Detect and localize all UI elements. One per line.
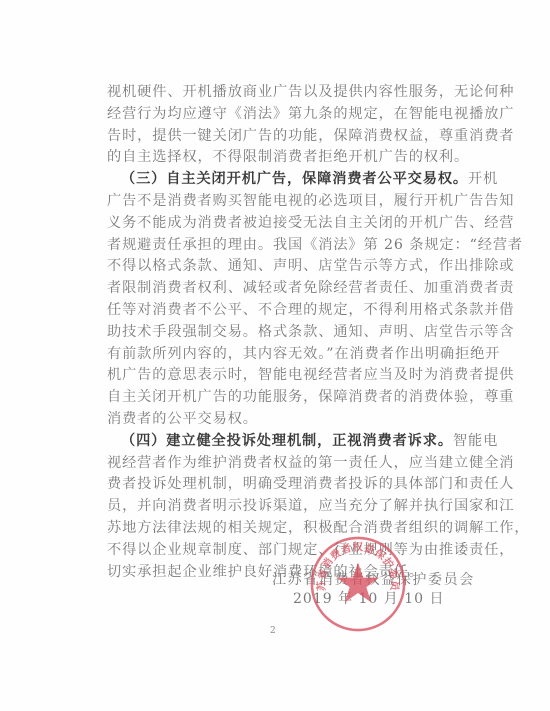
text-line: 不得以格式条款、通知、声明、店堂告示等方式，作出排除或 <box>107 256 443 278</box>
text-line: （四）建立健全投诉处理机制，正视消费者诉求。智能电 <box>107 431 443 453</box>
paragraph-section-3: （三）自主关闭开机广告，保障消费者公平交易权。开机 广告不是消费者购买智能电视的… <box>107 169 443 431</box>
text-line: 义务不能成为消费者被迫接受无法自主关闭的开机广告、经营 <box>107 213 443 235</box>
document-page: 视机硬件、开机播放商业广告以及提供内容性服务，无论何种 经营行为均应遵守《消法》… <box>0 0 550 711</box>
text-line: 告时，提供一键关闭广告的功能，保障消费权益，尊重消费者 <box>107 126 443 148</box>
text-line: 经营行为均应遵守《消法》第九条的规定，在智能电视播放广 <box>107 104 443 126</box>
paragraph-continuation: 视机硬件、开机播放商业广告以及提供内容性服务，无论何种 经营行为均应遵守《消法》… <box>107 82 443 169</box>
text-line: （三）自主关闭开机广告，保障消费者公平交易权。开机 <box>107 169 443 191</box>
section-heading: （四）建立健全投诉处理机制，正视消费者诉求。 <box>121 433 453 449</box>
text-line: 广告不是消费者购买智能电视的必选项目，履行开机广告告知 <box>107 191 443 213</box>
text-line: 任等对消费者不公平、不合理的规定，不得利用格式条款并借 <box>107 300 443 322</box>
document-body: 视机硬件、开机播放商业广告以及提供内容性服务，无论何种 经营行为均应遵守《消法》… <box>107 82 443 583</box>
star-icon <box>337 562 379 602</box>
text-line: 的自主选择权，不得限制消费者拒绝开机广告的权利。 <box>107 147 443 169</box>
text-line: 者限制消费者权利、减轻或者免除经营者责任、加重消费者责 <box>107 278 443 300</box>
page-number: 2 <box>270 626 276 636</box>
text-line: 视经营者作为维护消费者权益的第一责任人，应当建立健全消 <box>107 453 443 475</box>
text-line: 者规避责任承担的理由。我国《消法》第 26 条规定：“经营者 <box>107 235 443 257</box>
text-line: 助技术手段强制交易。格式条款、通知、声明、店堂告示等含 <box>107 322 443 344</box>
text-line: 员，并向消费者明示投诉渠道，应当充分了解并执行国家和江 <box>107 496 443 518</box>
text-fragment: 智能电 <box>453 433 498 449</box>
text-line: 机广告的意思表示时，智能电视经营者应当及时为消费者提供 <box>107 365 443 387</box>
section-heading: （三）自主关闭开机广告，保障消费者公平交易权。 <box>121 171 468 187</box>
text-line: 视机硬件、开机播放商业广告以及提供内容性服务，无论何种 <box>107 82 443 104</box>
text-line: 有前款所列内容的，其内容无效。”在消费者作出明确拒绝开 <box>107 344 443 366</box>
official-seal-icon: 江苏省消费者权益保护委员会 <box>309 535 407 633</box>
text-fragment: 开机 <box>468 171 498 187</box>
text-line: 费者投诉处理机制，明确受理消费者投诉的具体部门和责任人 <box>107 474 443 496</box>
text-line: 自主关闭开机广告的功能服务，保障消费者的消费体验，尊重 <box>107 387 443 409</box>
text-line: 消费者的公平交易权。 <box>107 409 443 431</box>
